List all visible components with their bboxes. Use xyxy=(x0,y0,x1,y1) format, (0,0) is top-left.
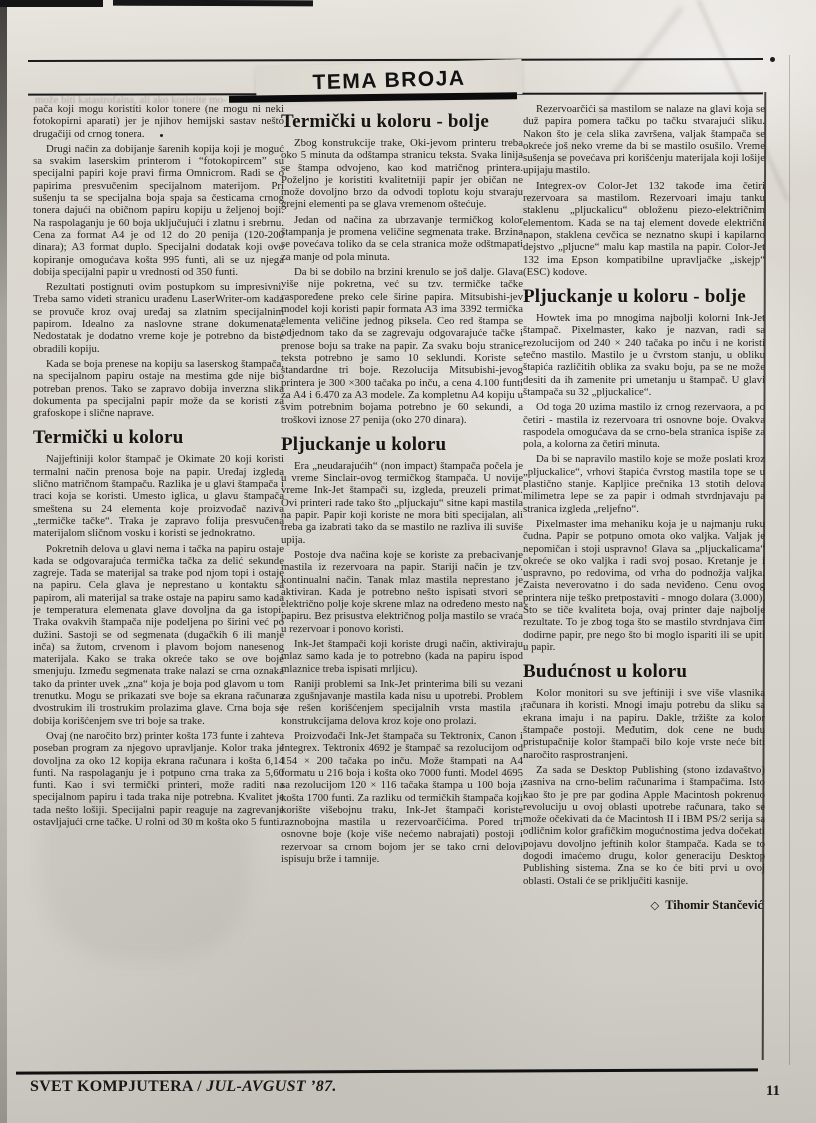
section-heading: Budućnost u koloru xyxy=(523,661,765,682)
article-paragraph: pača koji mogu koristiti kolor tonere (n… xyxy=(33,103,284,140)
page-title: TEMA BROJA xyxy=(312,66,466,95)
section-heading: Pljuckanje u koloru - bolje xyxy=(523,286,765,307)
article-paragraph: Pokretnih delova u glavi nema i tačka na… xyxy=(33,543,284,727)
article-column-3: Rezervoarčići sa mastilom se nalaze na g… xyxy=(523,103,765,1066)
magazine-name: SVET KOMPJUTERA xyxy=(30,1078,193,1095)
diamond-icon: ◇ xyxy=(650,900,659,912)
scan-left-edge-shadow xyxy=(0,0,7,1123)
article-paragraph: Postoje dva načina koje se koriste za pr… xyxy=(281,549,523,635)
section-heading: Termički u koloru xyxy=(33,427,284,448)
article-paragraph: Najjeftiniji kolor štampač je Okimate 20… xyxy=(33,453,284,539)
article-paragraph: Howtek ima po mnogima najbolji kolorni I… xyxy=(523,312,765,398)
author-name: Tihomir Stančević xyxy=(665,898,763,912)
article-column-2: Termički u koloru - boljeZbog konstrukci… xyxy=(281,103,523,1066)
article-paragraph: Rezultati postignuti ovim postupkom su i… xyxy=(33,281,284,355)
footer-magazine-line: SVET KOMPJUTERA / JUL-AVGUST ’87. xyxy=(30,1078,337,1096)
article-paragraph: Ink-Jet štampači koji koriste drugi nači… xyxy=(281,638,523,675)
page-edge-rule xyxy=(789,55,790,1065)
article-paragraph: Od toga 20 uzima mastilo iz crnog rezerv… xyxy=(523,401,765,450)
ink-speck xyxy=(770,57,775,62)
article-paragraph: Drugi način za dobijanje šarenih kopija … xyxy=(33,143,284,278)
article-paragraph: Rezervoarčići sa mastilom se nalaze na g… xyxy=(523,103,765,177)
article-paragraph: Kolor monitori su sve jeftiniji i sve vi… xyxy=(523,687,765,761)
article-paragraph: Era „neudarajućih“ (non impact) štampača… xyxy=(281,460,523,546)
article-column-1: pača koji mogu koristiti kolor tonere (n… xyxy=(33,103,284,1066)
scanned-magazine-page: TEMA BROJA može biti katastrofalna, ali … xyxy=(0,0,816,1123)
page-number: 11 xyxy=(742,1083,780,1100)
article-paragraph: Jedan od načina za ubrzavanje termičkog … xyxy=(281,214,523,263)
header-rule-top xyxy=(28,58,763,62)
section-heading: Pljuckanje u koloru xyxy=(281,434,523,455)
article-paragraph: Ovaj (ne naročito brz) printer košta 173… xyxy=(33,730,284,828)
article-paragraph: Zbog konstrukcije trake, Oki-jevom print… xyxy=(281,137,523,211)
article-paragraph: Da bi se napravilo mastilo koje se može … xyxy=(523,453,765,514)
article-paragraph: Raniji problemi sa Ink-Jet printerima bi… xyxy=(281,678,523,727)
scan-top-edge-mark xyxy=(113,0,313,6)
section-heading: Termički u koloru - bolje xyxy=(281,111,523,132)
article-paragraph: Za sada se Desktop Publishing (stono izd… xyxy=(523,764,765,887)
footer-separator: / xyxy=(193,1078,206,1095)
issue-date: JUL-AVGUST ’87. xyxy=(206,1078,336,1095)
article-paragraph: Da bi se dobilo na brzini krenulo se još… xyxy=(281,266,523,426)
article-paragraph: Pixelmaster ima mehaniku koja je u najma… xyxy=(523,518,765,653)
article-paragraph: Integrex-ov Color-Jet 132 takođe ima čet… xyxy=(523,180,765,278)
author-signature: ◇Tihomir Stančević xyxy=(523,899,765,912)
article-paragraph: Kada se boja prenese na kopiju sa lasers… xyxy=(33,358,284,419)
article-paragraph: Proizvođači Ink-Jet štampača su Tektroni… xyxy=(281,730,523,865)
footer-rule xyxy=(16,1068,758,1074)
scan-top-edge-mark xyxy=(0,0,103,7)
